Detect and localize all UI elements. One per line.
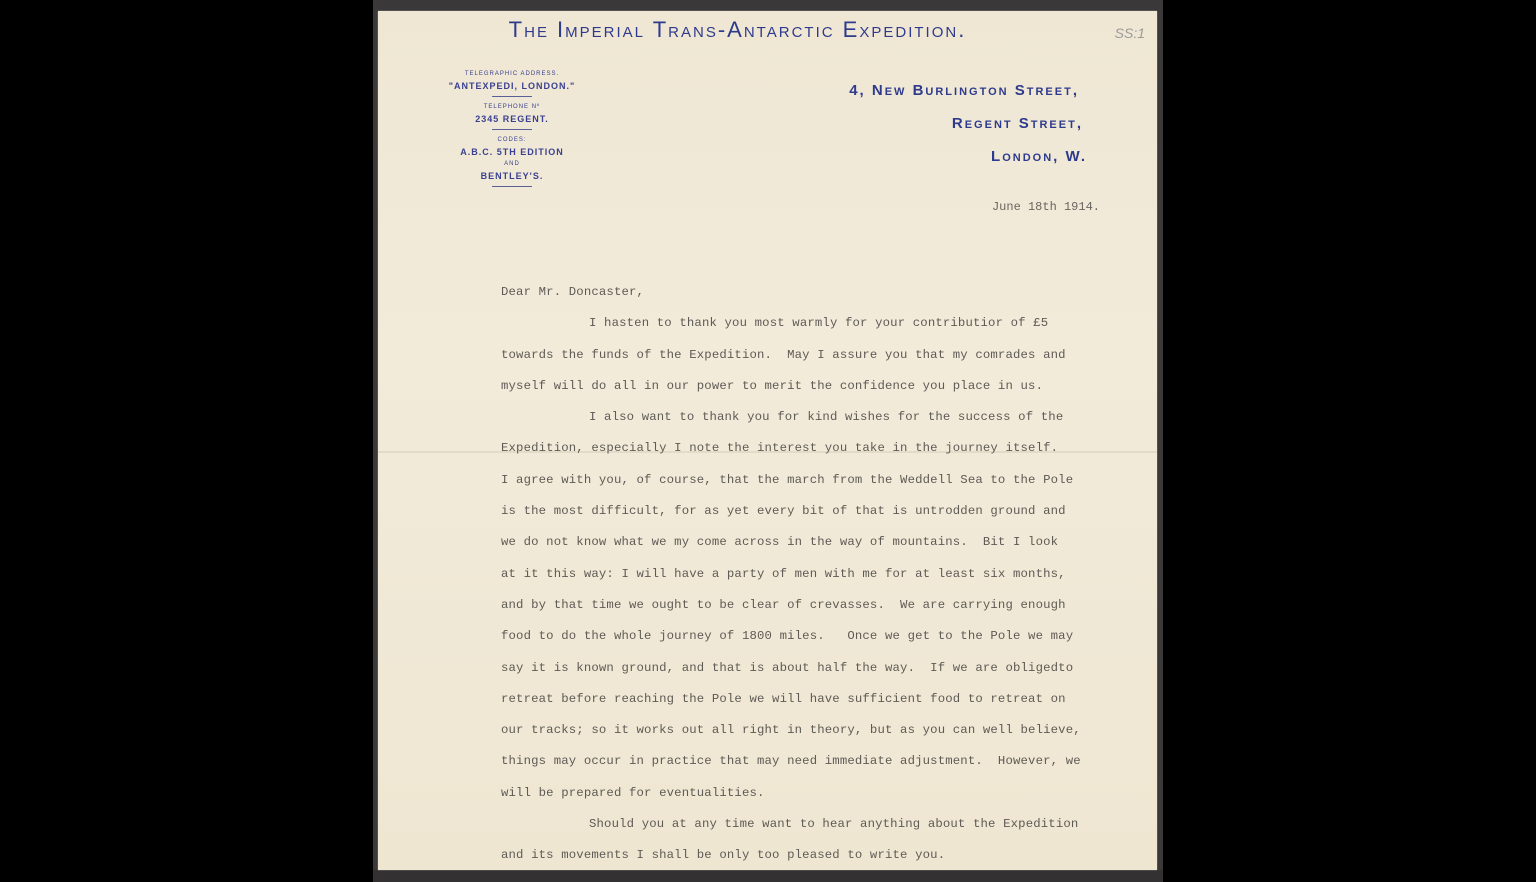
body-line: food to do the whole journey of 1800 mil… xyxy=(501,621,1131,652)
body-line: Expedition, especially I note the intere… xyxy=(501,433,1131,464)
address-line-1: 4, New Burlington Street, xyxy=(849,81,1079,114)
body-line: myself will do all in our power to merit… xyxy=(501,371,1131,402)
contact-divider xyxy=(492,96,532,97)
body-line: I agree with you, of course, that the ma… xyxy=(501,465,1131,496)
address-line-3: London, W. xyxy=(849,147,1087,180)
body-line: our tracks; so it works out all right in… xyxy=(501,715,1131,746)
codes-value-bentley: BENTLEY'S. xyxy=(438,169,586,183)
letterhead-address: 4, New Burlington Street, Regent Street,… xyxy=(849,81,1087,180)
telegraphic-address-value: "ANTEXPEDI, LONDON." xyxy=(438,79,586,93)
body-line: retreat before reaching the Pole we will… xyxy=(501,684,1131,715)
body-line: and its movements I shall be only too pl… xyxy=(501,840,1131,871)
archive-reference-mark: SS:1 xyxy=(1115,25,1145,41)
body-line: things may occur in practice that may ne… xyxy=(501,746,1131,777)
body-line: and by that time we ought to be clear of… xyxy=(501,590,1131,621)
codes-label: CODES: xyxy=(438,135,586,145)
letter-page: The Imperial Trans-Antarctic Expedition.… xyxy=(378,11,1157,870)
body-line: say it is known ground, and that is abou… xyxy=(501,653,1131,684)
body-line: we do not know what we my come across in… xyxy=(501,527,1131,558)
body-line: will be prepared for eventualities. xyxy=(501,778,1131,809)
body-line: I hasten to thank you most warmly for yo… xyxy=(501,308,1131,339)
body-line: at it this way: I will have a party of m… xyxy=(501,559,1131,590)
codes-and: AND xyxy=(438,159,586,169)
letterhead-contact-block: TELEGRAPHIC ADDRESS. "ANTEXPEDI, LONDON.… xyxy=(438,69,586,192)
body-line: towards the funds of the Expedition. May… xyxy=(501,340,1131,371)
contact-divider xyxy=(492,186,532,187)
codes-value-abc: A.B.C. 5TH EDITION xyxy=(438,145,586,159)
letter-body: Dear Mr. Doncaster, I hasten to thank yo… xyxy=(501,277,1131,872)
letter-date: June 18th 1914. xyxy=(992,200,1100,214)
body-line: I also want to thank you for kind wishes… xyxy=(501,402,1131,433)
mount-bottom-edge xyxy=(373,870,1163,882)
contact-divider xyxy=(492,129,532,130)
body-line: Should you at any time want to hear anyt… xyxy=(501,809,1131,840)
salutation: Dear Mr. Doncaster, xyxy=(501,277,1131,308)
telephone-label: TELEPHONE Nº xyxy=(438,102,586,112)
telephone-value: 2345 REGENT. xyxy=(438,112,586,126)
address-line-2: Regent Street, xyxy=(849,114,1083,147)
body-line: is the most difficult, for as yet every … xyxy=(501,496,1131,527)
letterhead-title: The Imperial Trans-Antarctic Expedition. xyxy=(378,17,1157,43)
telegraphic-address-label: TELEGRAPHIC ADDRESS. xyxy=(438,69,586,79)
